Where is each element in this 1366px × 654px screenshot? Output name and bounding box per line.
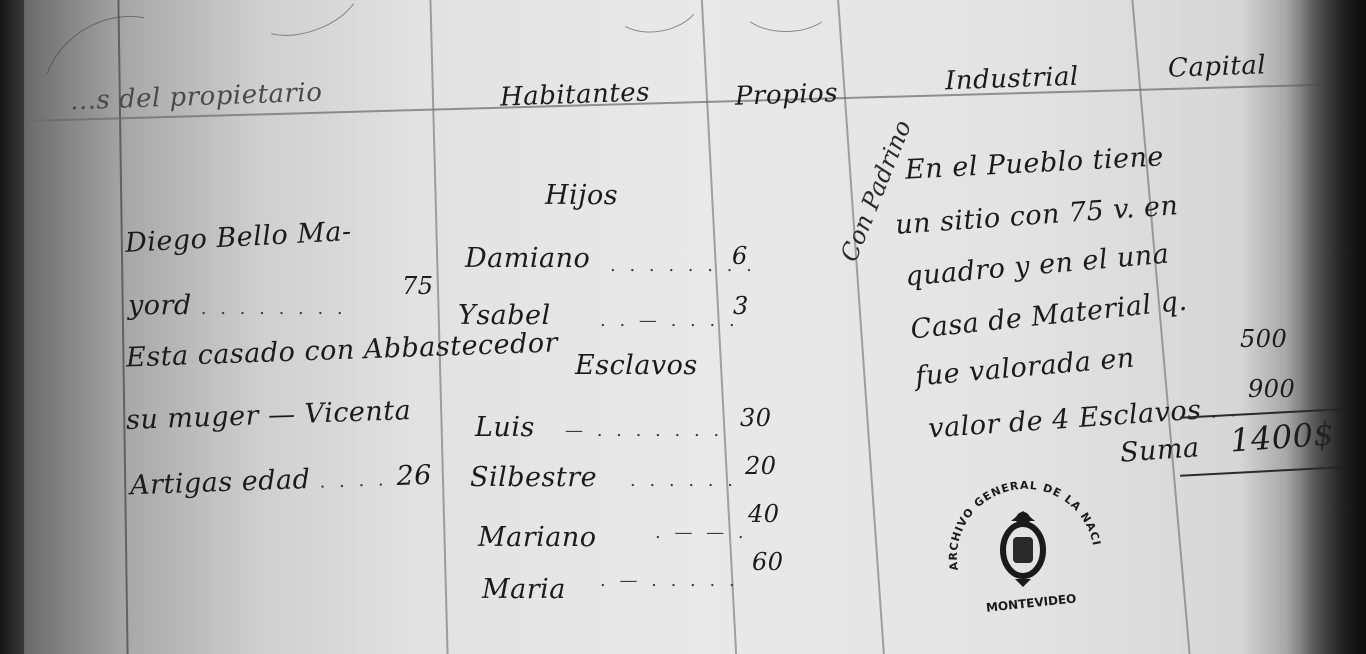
- leader-dots: — . . . . . . .: [565, 420, 723, 441]
- industry-line: valor de 4 Esclavos . . .: [927, 390, 1260, 444]
- archive-stamp: ARCHIVO GENERAL DE LA NACION MONTEVIDEO: [938, 475, 1108, 615]
- leader-dots: . . — . . . .: [600, 310, 739, 331]
- ornament-flourish: [243, 0, 369, 49]
- slave-name: Luis: [475, 412, 535, 443]
- column-header-capital: Capital: [1168, 50, 1267, 83]
- slave-age: 20: [745, 452, 777, 480]
- owner-line: Diego Bello Ma-: [124, 216, 352, 259]
- column-header-industry: Industrial: [945, 62, 1080, 97]
- owner-line: Artigas edad . . . . 26: [130, 460, 433, 502]
- column-rule: [429, 0, 448, 654]
- spouse-age: 26: [396, 460, 432, 492]
- slaves-heading: Esclavos: [575, 350, 698, 381]
- slave-name: Silbestre: [470, 462, 597, 493]
- child-name: Damiano: [465, 243, 590, 274]
- industry-line: fue valorada en: [914, 342, 1136, 392]
- leader-dots: . . . .: [319, 469, 388, 492]
- ornament-flourish: [605, 0, 706, 40]
- slave-age: 40: [748, 500, 780, 528]
- owner-line-text: Artigas edad: [130, 464, 311, 501]
- stamp-bottom-text: MONTEVIDEO: [985, 591, 1077, 614]
- leader-dots: . . . . . .: [630, 470, 737, 491]
- column-header-residents: Habitantes: [500, 77, 651, 112]
- coat-of-arms-icon: ARCHIVO GENERAL DE LA NACION MONTEVIDEO: [938, 475, 1108, 615]
- ledger-page: ...s del propietario Habitantes Propios …: [0, 0, 1366, 654]
- owner-line: su muger — Vicenta: [126, 395, 412, 436]
- slave-name: Maria: [482, 574, 566, 605]
- book-gutter: [0, 0, 24, 654]
- industry-value: 500: [1240, 325, 1287, 353]
- slave-age: 60: [752, 548, 784, 576]
- leader-dots: . . . . . . . .: [201, 298, 347, 319]
- ornament-flourish: [740, 0, 832, 32]
- leader-dots: . — — .: [655, 522, 748, 543]
- owner-age: 75: [402, 272, 434, 300]
- owner-line: Esta casado con Abbastecedor: [126, 327, 559, 373]
- children-heading: Hijos: [545, 180, 618, 211]
- slave-age: 30: [740, 404, 772, 432]
- column-header-ages: Propios: [735, 78, 839, 112]
- slave-name: Mariano: [478, 522, 597, 553]
- leader-dots: . — . . . . .: [600, 570, 739, 591]
- column-rule: [1131, 0, 1190, 654]
- page-edge-shadow: [1286, 0, 1366, 654]
- child-age: 6: [732, 242, 748, 270]
- owner-line: yord . . . . . . . .: [128, 290, 347, 321]
- child-name: Ysabel: [458, 300, 551, 331]
- industry-line: Casa de Material q.: [909, 286, 1189, 346]
- total-label: Suma: [1119, 432, 1201, 468]
- industry-line: un sitio con 75 v. en: [894, 190, 1179, 241]
- industry-line: quadro y en el una: [904, 239, 1170, 293]
- child-age: 3: [733, 292, 749, 320]
- owner-line-text: yord: [128, 290, 192, 321]
- industry-line: En el Pueblo tiene: [904, 141, 1164, 186]
